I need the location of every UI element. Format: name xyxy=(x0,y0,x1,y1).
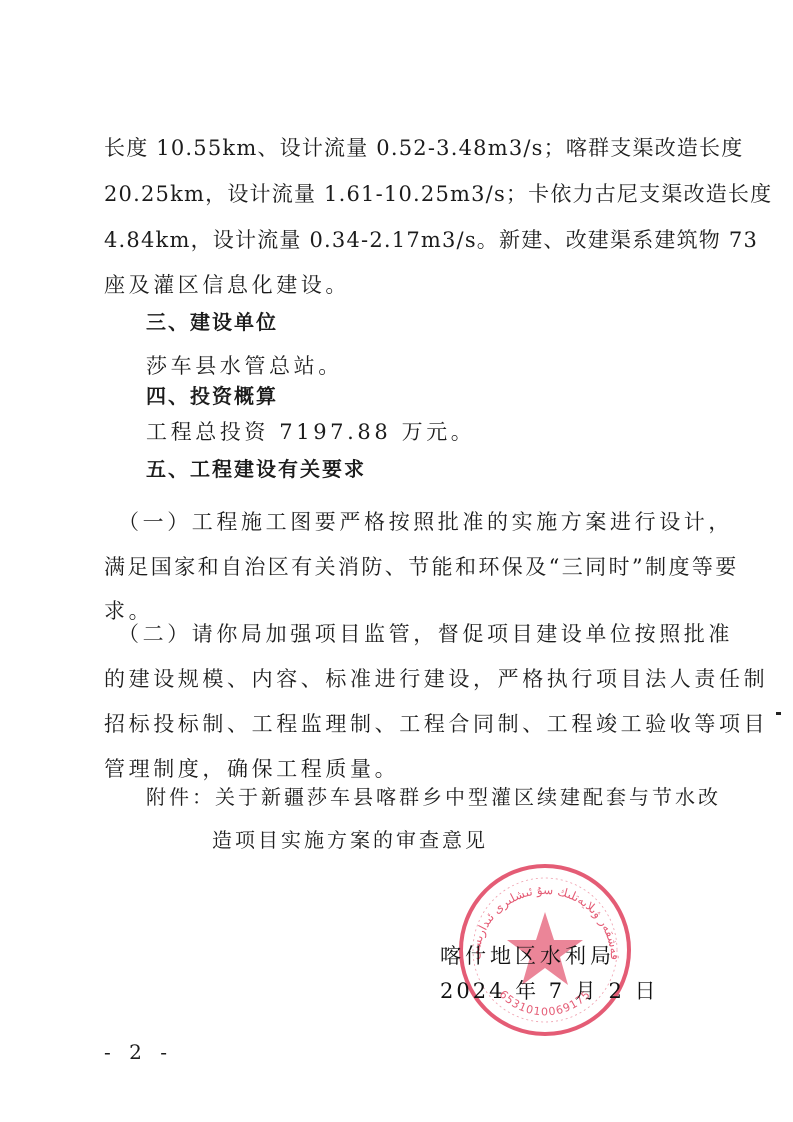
item2-line-4: 管理制度，确保工程质量。 xyxy=(104,755,694,783)
body-line-3: 4.84km，设计流量 0.34-2.17m3/s。新建、改建渠系建筑物 73 xyxy=(104,226,694,254)
section3-text: 莎车县水管总站。 xyxy=(146,352,736,380)
body-line-4: 座及灌区信息化建设。 xyxy=(104,271,694,299)
section4-text: 工程总投资 7197.88 万元。 xyxy=(146,418,736,446)
item1-line-2: 满足国家和自治区有关消防、节能和环保及“三同时”制度等要 xyxy=(104,553,694,581)
section5-heading: 五、工程建设有关要求 xyxy=(146,455,736,483)
attachment-line-2: 造项目实施方案的审查意见 xyxy=(212,826,793,854)
page-number: - 2 - xyxy=(104,1040,173,1064)
item2-line-2: 的建设规模、内容、标准进行建设，严格执行项目法人责任制 xyxy=(104,665,694,693)
item2-line-1: （二）请你局加强项目监管，督促项目建设单位按照批准 xyxy=(118,620,708,648)
scan-artifact xyxy=(776,712,781,715)
section3-heading: 三、建设单位 xyxy=(146,308,736,336)
item1-line-1: （一）工程施工图要严格按照批准的实施方案进行设计， xyxy=(118,508,708,536)
signing-organization: 喀什地区水利局 xyxy=(440,940,615,970)
body-line-2: 20.25km，设计流量 1.61-10.25m3/s；卡依力古尼支渠改造长度 xyxy=(104,180,694,208)
section4-heading: 四、投资概算 xyxy=(146,382,736,410)
attachment-line-1: 附件：关于新疆莎车县喀群乡中型灌区续建配套与节水改 xyxy=(146,783,736,811)
body-line-1: 长度 10.55km、设计流量 0.52-3.48m3/s；喀群支渠改造长度 xyxy=(104,134,694,162)
item2-line-3: 招标投标制、工程监理制、工程合同制、工程竣工验收等项目 xyxy=(104,710,694,738)
document-page: 长度 10.55km、设计流量 0.52-3.48m3/s；喀群支渠改造长度 2… xyxy=(0,0,793,1122)
signing-date: 2024 年 7 月 2 日 xyxy=(440,975,659,1005)
